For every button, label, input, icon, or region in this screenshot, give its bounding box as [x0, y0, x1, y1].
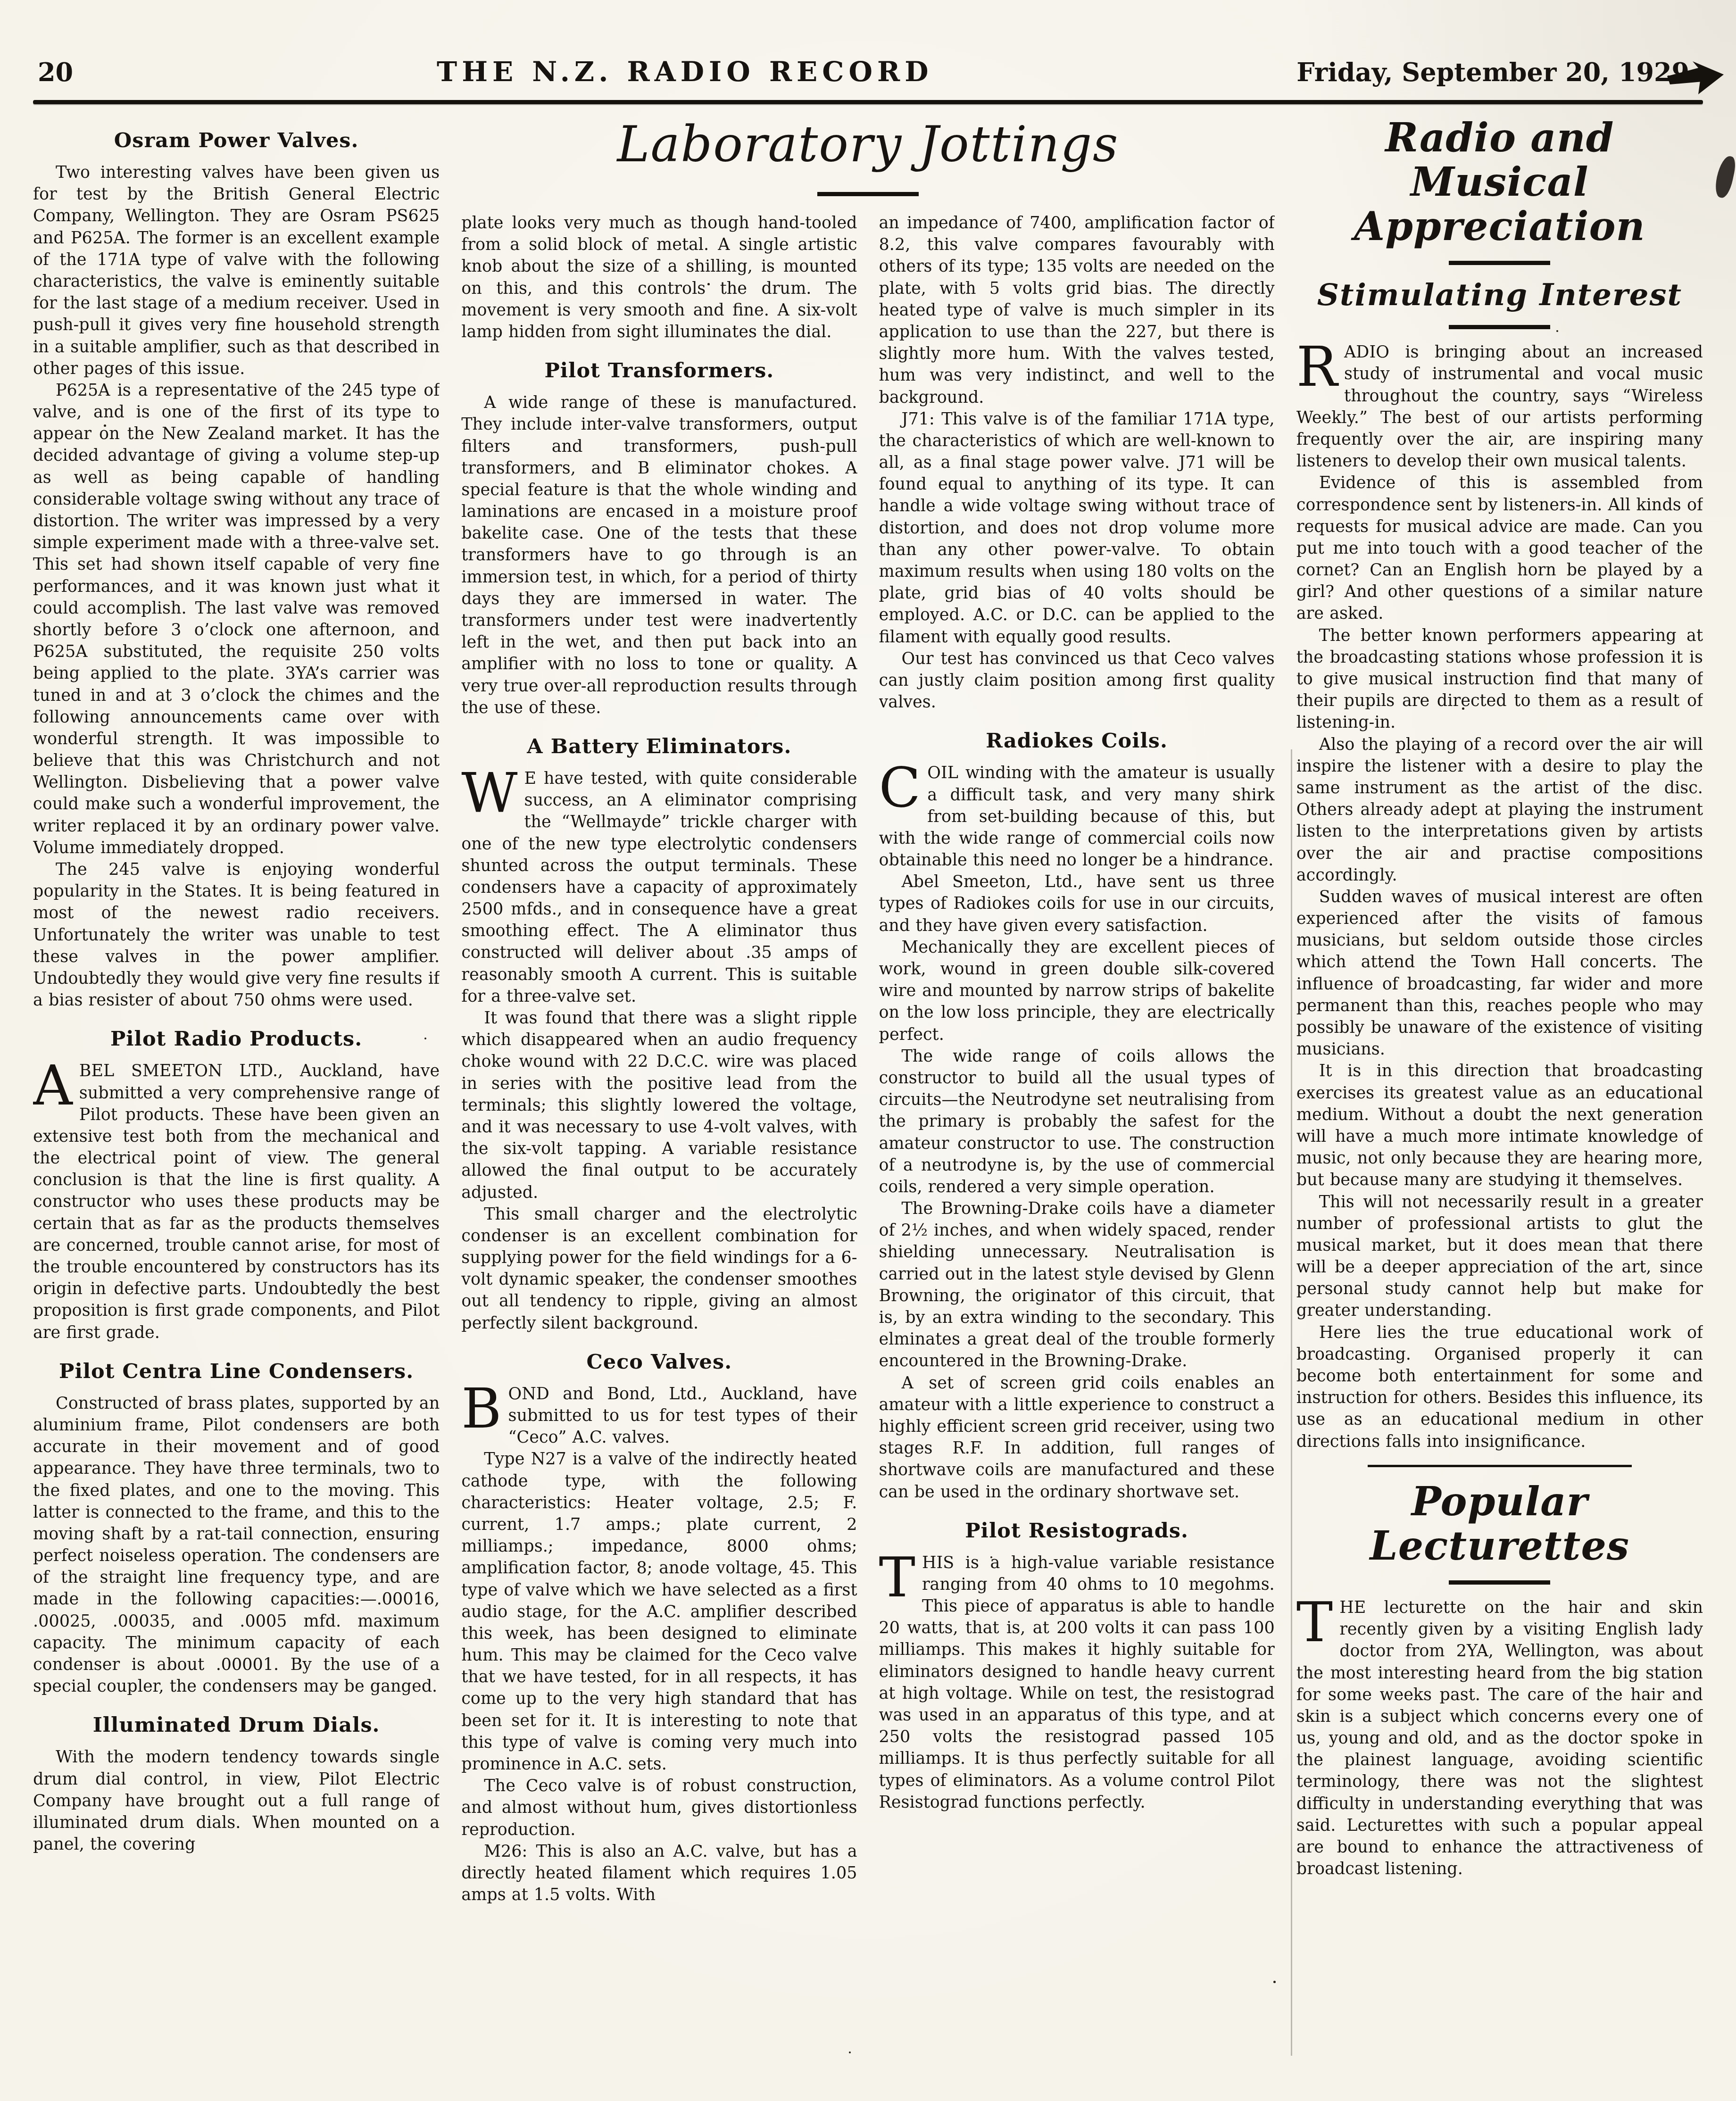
paragraph: Constructed of brass plates, supported b…: [33, 1393, 440, 1698]
section-heading: Illuminated Drum Dials.: [33, 1713, 440, 1737]
paragraph: Sudden waves of musical interest are oft…: [1296, 886, 1703, 1061]
page-content: Osram Power Valves.Two interesting valve…: [33, 113, 1703, 2056]
paragraph: This small charger and the electrolytic …: [461, 1204, 857, 1334]
paragraph: With the modern tendency towards single …: [33, 1746, 440, 1855]
paragraph: Evidence of this is assembled from corre…: [1296, 472, 1703, 624]
drop-cap: A: [33, 1060, 79, 1107]
paragraph-dropcap: THE lecturette on the hair and skin rece…: [1296, 1597, 1703, 1880]
header-rule: [33, 100, 1703, 104]
column-2: plate looks very much as though hand-too…: [461, 212, 857, 2056]
page-header: 20 THE N.Z. RADIO RECORD Friday, Septemb…: [33, 0, 1703, 100]
paragraph: Abel Smeeton, Ltd., have sent us three t…: [879, 871, 1275, 937]
paragraph-dropcap: THIS is a high-value variable resistance…: [879, 1552, 1275, 1813]
newspaper-page: 20 THE N.Z. RADIO RECORD Friday, Septemb…: [0, 0, 1736, 2101]
paragraph: A set of screen grid coils enables an am…: [879, 1372, 1275, 1503]
paragraph-dropcap: COIL winding with the amateur is usually…: [879, 762, 1275, 871]
paragraph: The Browning-Drake coils have a diameter…: [879, 1198, 1275, 1372]
paragraph: The better known performers appearing at…: [1296, 625, 1703, 734]
page-date: Friday, September 20, 1929.: [1296, 57, 1698, 87]
paragraph: A wide range of these is manufactured. T…: [461, 392, 857, 719]
section-heading: Radiokes Coils.: [879, 729, 1275, 753]
paragraph: P625A is a representative of the 245 typ…: [33, 380, 440, 859]
center-columns: plate looks very much as though hand-too…: [461, 212, 1275, 2056]
masthead-title: THE N.Z. RADIO RECORD: [437, 56, 933, 88]
section-heading: Ceco Valves.: [461, 1350, 857, 1374]
paragraph-continuation: plate looks very much as though hand-too…: [461, 212, 857, 343]
paragraph: M26: This is also an A.C. valve, but has…: [461, 1841, 857, 1906]
paragraph: Two interesting valves have been given u…: [33, 162, 440, 380]
section-heading: Pilot Resistograds.: [879, 1519, 1275, 1543]
title-rule: [817, 192, 919, 196]
paragraph: The 245 valve is enjoying wonderful popu…: [33, 859, 440, 1011]
main-article-title: Laboratory Jottings: [461, 116, 1275, 173]
ink-smudge-blot: [1713, 154, 1736, 199]
article-title: Radio and MusicalAppreciation: [1296, 116, 1703, 249]
drop-cap: W: [461, 768, 524, 815]
section-heading: Osram Power Valves.: [33, 129, 440, 152]
page-number: 20: [38, 57, 73, 87]
paragraph-continuation: an impedance of 7400, amplification fact…: [879, 212, 1275, 408]
paragraph: Our test has convinced us that Ceco valv…: [879, 648, 1275, 714]
paragraph: J71: This valve is of the familiar 171A …: [879, 408, 1275, 648]
drop-cap: T: [1296, 1597, 1339, 1644]
column-4: Radio and MusicalAppreciationStimulating…: [1296, 113, 1703, 2056]
section-heading: A Battery Eliminators.: [461, 735, 857, 758]
divider-rule: [1449, 325, 1550, 329]
paragraph: Mechanically they are excellent pieces o…: [879, 937, 1275, 1046]
section-heading: Pilot Transformers.: [461, 359, 857, 382]
paragraph-dropcap: BOND and Bond, Ltd., Auckland, have subm…: [461, 1383, 857, 1449]
drop-cap: B: [461, 1383, 508, 1430]
divider-rule: [1449, 1580, 1550, 1585]
section-heading: Pilot Centra Line Condensers.: [33, 1360, 440, 1383]
paragraph-dropcap: RADIO is bringing about an increased stu…: [1296, 341, 1703, 472]
paragraph: It is in this direction that broadcastin…: [1296, 1060, 1703, 1191]
paragraph-dropcap: ABEL SMEETON LTD., Auckland, have submit…: [33, 1060, 440, 1343]
article-subtitle: Stimulating Interest: [1296, 277, 1703, 313]
divider-rule: [1368, 1465, 1632, 1467]
center-article: Laboratory Jottings plate looks very muc…: [461, 113, 1275, 2056]
column-3: an impedance of 7400, amplification fact…: [879, 212, 1275, 2056]
paragraph: Here lies the true educational work of b…: [1296, 1322, 1703, 1453]
paragraph: It was found that there was a slight rip…: [461, 1007, 857, 1204]
drop-cap: C: [879, 762, 928, 809]
divider-rule: [1449, 261, 1550, 265]
section-heading: Pilot Radio Products.: [33, 1027, 440, 1051]
column-1: Osram Power Valves.Two interesting valve…: [33, 113, 440, 2056]
paragraph: Also the playing of a record over the ai…: [1296, 734, 1703, 886]
paragraph-dropcap: WE have tested, with quite considerable …: [461, 768, 857, 1007]
paragraph: The wide range of coils allows the const…: [879, 1046, 1275, 1198]
paragraph: This will not necessarily result in a gr…: [1296, 1191, 1703, 1322]
paragraph: The Ceco valve is of robust construction…: [461, 1775, 857, 1841]
paragraph: Type N27 is a valve of the indirectly he…: [461, 1448, 857, 1775]
drop-cap: T: [879, 1552, 922, 1599]
article-title: Popular Lecturettes: [1296, 1479, 1703, 1568]
drop-cap: R: [1296, 341, 1344, 389]
scan-fold-line: [1291, 749, 1292, 2056]
